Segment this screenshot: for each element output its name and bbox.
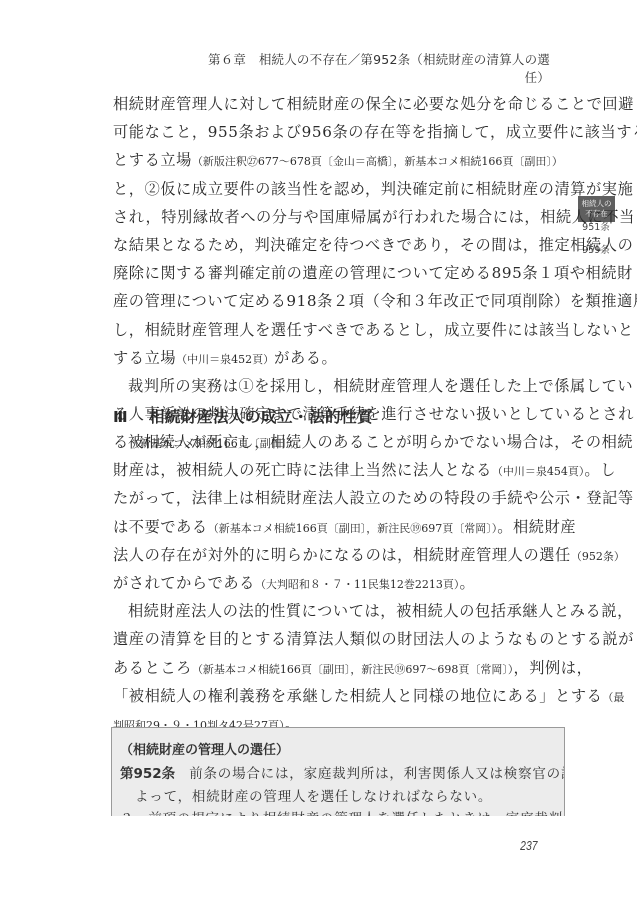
line-text: 廃除に関する審判確定前の遺産の管理について定める895条１項や相続財 bbox=[113, 264, 633, 282]
line-text: 。相続財産 bbox=[497, 518, 576, 536]
citation: （中川＝泉452頁） bbox=[176, 353, 274, 366]
text-line: し，相続財産管理人を選任すべきであるとし，成立要件には該当しないと bbox=[113, 316, 563, 344]
article-number: 第952条 bbox=[120, 766, 175, 782]
text-line: は不要である（新基本コメ相続166頁〔副田〕，新注民⑲697頁〔常岡〕）。相続財… bbox=[113, 513, 563, 541]
citation: （最 bbox=[602, 691, 624, 704]
citation: （中川＝泉454頁） bbox=[492, 465, 585, 478]
text-line: 相続財産法人の法的性質については，被相続人の包括承継人とみる説， bbox=[113, 597, 563, 625]
line-text: 相続財産管理人に対して相続財産の保全に必要な処分を命じることで回避 bbox=[113, 95, 634, 113]
line-text: 法人の存在が対外的に明らかになるのは，相続財産管理人の選任 bbox=[113, 546, 571, 564]
text-line: 被相続人が死亡し，相続人のあることが明らかでない場合は，その相続 bbox=[113, 428, 563, 456]
citation: （952条） bbox=[571, 550, 625, 563]
statute-line: 第952条前条の場合には，家庭裁判所は，利害関係人又は検察官の請求に bbox=[120, 762, 565, 782]
statute-line: よって，相続財産の管理人を選任しなければならない。 bbox=[135, 785, 492, 805]
citation: （大判昭和８・７・11民集12巻2213頁） bbox=[255, 578, 460, 591]
page-number: 237 bbox=[520, 838, 537, 853]
line-text: とする立場 bbox=[113, 151, 192, 169]
statute-text: 前項の規定により相続財産の管理人を選任したときは，家庭裁判所は， bbox=[148, 811, 565, 816]
line-text: し，相続財産管理人を選任すべきであるとし，成立要件には該当しないと bbox=[113, 321, 634, 339]
text-line: 「被相続人の権利義務を承継した相続人と同様の地位にある」とする（最 bbox=[113, 682, 563, 710]
paragraph-2: 被相続人が死亡し，相続人のあることが明らかでない場合は，その相続財産は，被相続人… bbox=[113, 428, 563, 738]
text-line: 裁判所の実務は①を採用し，相続財産管理人を選任した上で係属してい bbox=[113, 372, 563, 400]
line-text: され，特別縁故者への分与や国庫帰属が行われた場合には，相続人に不当 bbox=[113, 208, 635, 226]
citation: （新版注釈㉗677〜678頁〔金山＝高橋〕，新基本コメ相続166頁〔副田〕） bbox=[192, 155, 563, 168]
text-line: がされてからである（大判昭和８・７・11民集12巻2213頁）。 bbox=[113, 569, 563, 597]
text-line: され，特別縁故者への分与や国庫帰属が行われた場合には，相続人に不当 bbox=[113, 203, 563, 231]
text-line: な結果となるため，判決確定を待つべきであり，その間は，推定相続人の bbox=[113, 231, 563, 259]
citation: （新基本コメ相続166頁〔副田〕，新注民⑲697〜698頁〔常岡〕） bbox=[192, 663, 514, 676]
line-text: する立場 bbox=[113, 349, 176, 367]
line-text: 「被相続人の権利義務を承継した相続人と同様の地位にある」とする bbox=[113, 687, 602, 705]
line-text: 産の管理について定める918条２項（令和３年改正で同項削除）を類推適用 bbox=[113, 292, 637, 310]
text-line: 可能なこと，955条および956条の存在等を指摘して，成立要件に該当する bbox=[113, 118, 563, 146]
line-text: 。 bbox=[459, 574, 475, 592]
text-line: 財産は，被相続人の死亡時に法律上当然に法人となる（中川＝泉454頁）。し bbox=[113, 456, 563, 484]
line-text: たがって，法律上は相続財産法人設立のための特段の手続や公示・登記等 bbox=[113, 489, 634, 507]
line-text: がされてからである bbox=[113, 574, 255, 592]
section-number: Ⅲ bbox=[113, 408, 149, 426]
text-line: 産の管理について定める918条２項（令和３年改正で同項削除）を類推適用 bbox=[113, 287, 563, 315]
line-text: 財産は，被相続人の死亡時に法律上当然に法人となる bbox=[113, 461, 492, 479]
section-heading: Ⅲ相続財産法人の成立・法的性質 bbox=[113, 405, 373, 427]
item-number: ２ bbox=[120, 811, 134, 816]
line-text: あるところ bbox=[113, 659, 192, 677]
line-text: は不要である bbox=[113, 518, 208, 536]
running-head: 第６章 相続人の不存在／第952条（相続財産の清算人の選任） bbox=[200, 50, 550, 86]
line-text: な結果となるため，判決確定を待つべきであり，その間は，推定相続人の bbox=[113, 236, 633, 254]
text-line: 相続財産管理人に対して相続財産の保全に必要な処分を命じることで回避 bbox=[113, 90, 563, 118]
line-text: 相続財産法人の法的性質については，被相続人の包括承継人とみる説， bbox=[128, 602, 633, 620]
line-text: がある。 bbox=[274, 349, 337, 367]
line-text: 可能なこと，955条および956条の存在等を指摘して，成立要件に該当する bbox=[113, 123, 637, 141]
text-line: あるところ（新基本コメ相続166頁〔副田〕，新注民⑲697〜698頁〔常岡〕），… bbox=[113, 654, 563, 682]
line-text: 裁判所の実務は①を採用し，相続財産管理人を選任した上で係属してい bbox=[128, 377, 633, 395]
section-title: 相続財産法人の成立・法的性質 bbox=[149, 408, 373, 426]
statute-text: 前条の場合には，家庭裁判所は，利害関係人又は検察官の請求に bbox=[189, 766, 565, 782]
line-text: 。し bbox=[584, 461, 616, 479]
text-line: 遺産の清算を目的とする清算法人類似の財団法人のようなものとする説が bbox=[113, 625, 563, 653]
text-line: 廃除に関する審判確定前の遺産の管理について定める895条１項や相続財 bbox=[113, 259, 563, 287]
line-text: ，判例は， bbox=[513, 659, 592, 677]
line-text: と，②仮に成立要件の該当性を認め，判決確定前に相続財産の清算が実施 bbox=[113, 180, 633, 198]
text-line: とする立場（新版注釈㉗677〜678頁〔金山＝高橋〕，新基本コメ相続166頁〔副… bbox=[113, 146, 563, 174]
statute-line: ２前項の規定により相続財産の管理人を選任したときは，家庭裁判所は， bbox=[120, 807, 565, 816]
line-text: 遺産の清算を目的とする清算法人類似の財団法人のようなものとする説が bbox=[113, 630, 634, 648]
text-line: する立場（中川＝泉452頁）がある。 bbox=[113, 344, 563, 372]
text-line: と，②仮に成立要件の該当性を認め，判決確定前に相続財産の清算が実施 bbox=[113, 175, 563, 203]
statute-title: （相続財産の管理人の選任） bbox=[120, 739, 289, 758]
text-line: 法人の存在が対外的に明らかになるのは，相続財産管理人の選任（952条） bbox=[113, 541, 563, 569]
citation: （新基本コメ相続166頁〔副田〕，新注民⑲697頁〔常岡〕） bbox=[208, 522, 498, 535]
paragraph-1: 相続財産管理人に対して相続財産の保全に必要な処分を命じることで回避可能なこと，9… bbox=[113, 90, 563, 456]
statute-box: （相続財産の管理人の選任） 第952条前条の場合には，家庭裁判所は，利害関係人又… bbox=[111, 727, 565, 816]
text-line: たがって，法律上は相続財産法人設立のための特段の手続や公示・登記等 bbox=[113, 484, 563, 512]
line-text: 被相続人が死亡し，相続人のあることが明らかでない場合は，その相続 bbox=[128, 433, 633, 451]
